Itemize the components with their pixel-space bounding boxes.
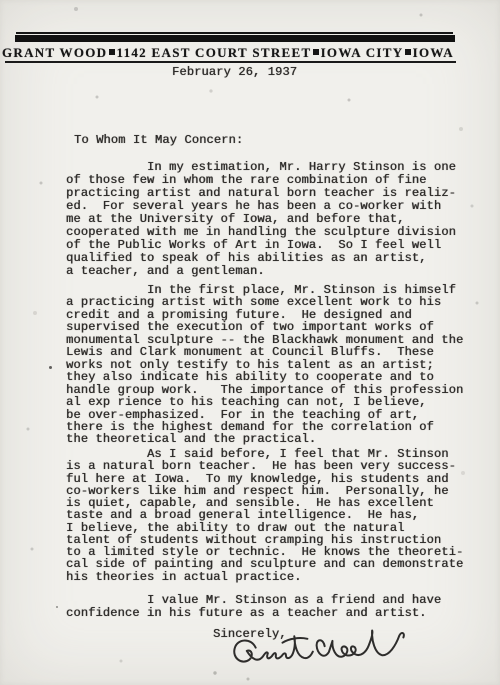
square-bullet-icon bbox=[405, 49, 411, 55]
letterhead-address: 1142 EAST COURT STREET bbox=[117, 45, 312, 61]
square-bullet-icon bbox=[313, 49, 319, 55]
paper-noise bbox=[0, 0, 2, 2]
date-line: February 26, 1937 bbox=[172, 66, 297, 79]
letterhead-underline bbox=[5, 61, 456, 63]
signature-grant-wood bbox=[227, 627, 434, 684]
paragraph-1: In my estimation, Mr. Harry Stinson is o… bbox=[66, 161, 470, 278]
letterhead: GRANT WOOD 1142 EAST COURT STREET IOWA C… bbox=[2, 44, 454, 61]
paragraph-2: In the first place, Mr. Stinson is himse… bbox=[66, 284, 470, 446]
paragraph-4: I value Mr. Stinson as a friend and have… bbox=[66, 594, 470, 619]
letter-page: GRANT WOOD 1142 EAST COURT STREET IOWA C… bbox=[0, 0, 500, 685]
letterhead-top-rule bbox=[16, 32, 453, 34]
salutation: To Whom It May Concern: bbox=[74, 134, 243, 147]
letterhead-city: IOWA CITY bbox=[321, 45, 404, 61]
stray-ink-mark bbox=[49, 366, 52, 369]
paragraph-3: As I said before, I feel that Mr. Stinso… bbox=[66, 448, 470, 583]
letterhead-name: GRANT WOOD bbox=[2, 45, 107, 61]
stray-ink-mark bbox=[56, 606, 58, 608]
letterhead-bar bbox=[15, 35, 455, 42]
letterhead-state: IOWA bbox=[413, 45, 454, 61]
square-bullet-icon bbox=[109, 49, 115, 55]
